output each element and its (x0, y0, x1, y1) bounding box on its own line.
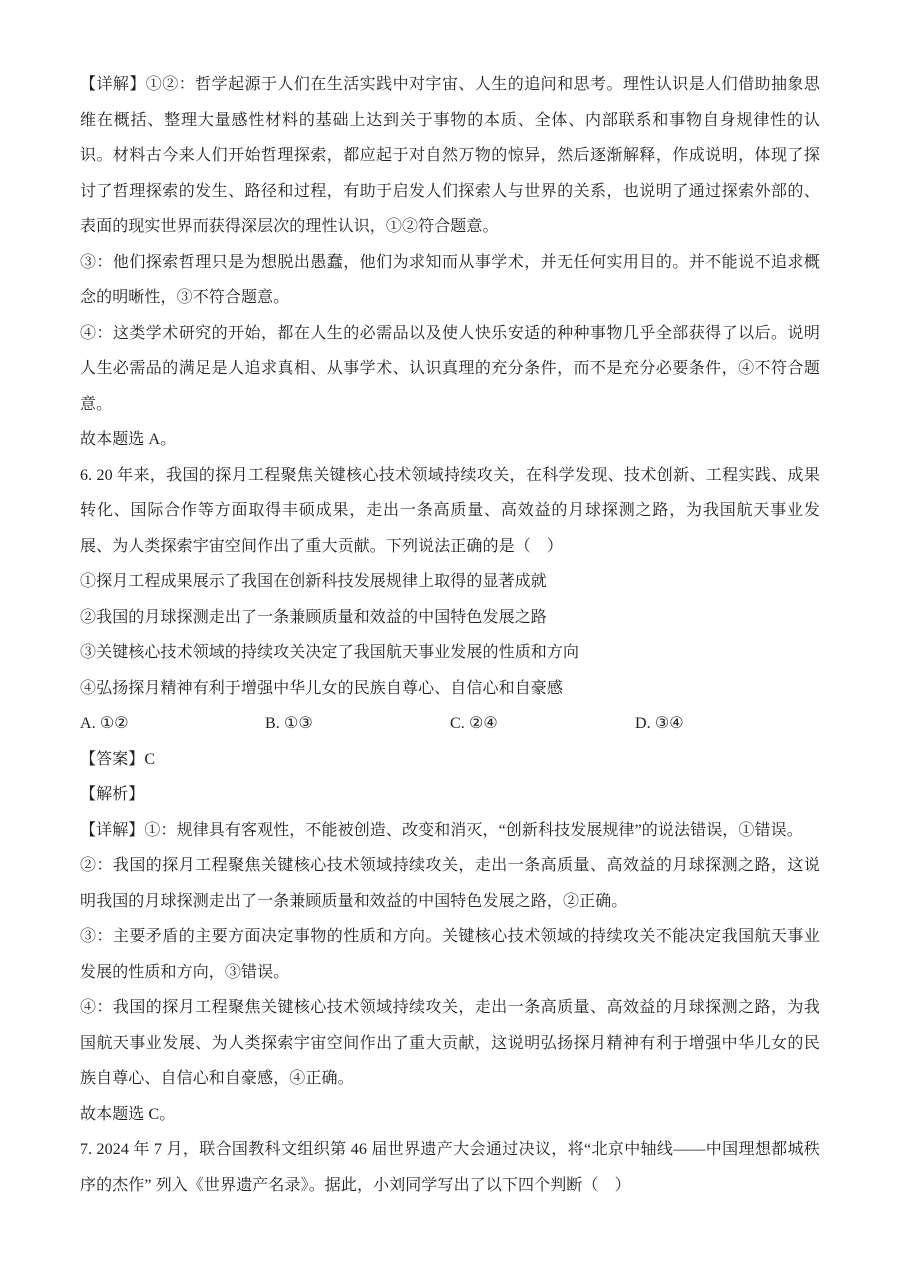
q6-detail-point2: ②：我国的探月工程聚焦关键核心技术领域持续攻关，走出一条高质量、高效益的月球探测… (80, 848, 820, 919)
q6-detail-point1: 【详解】①：规律具有客观性，不能被创造、改变和消灭，“创新科技发展规律”的说法错… (80, 813, 820, 849)
q5-point4-analysis: ④：这类学术研究的开始，都在人生的必需品以及使人快乐安适的种种事物几乎全部获得了… (80, 316, 820, 423)
q5-detail-explanation: 【详解】①②：哲学起源于人们在生活实践中对宇宙、人生的追问和思考。理性认识是人们… (80, 67, 820, 245)
q6-option-b: B. ①③ (265, 706, 450, 742)
question-6-stem: 6. 20 年来，我国的探月工程聚焦关键核心技术领域持续攻关，在科学发现、技术创… (80, 458, 820, 565)
q6-option-c: C. ②④ (450, 706, 635, 742)
q6-statement-3: ③关键核心技术领域的持续攻关决定了我国航天事业发展的性质和方向 (80, 635, 820, 671)
q6-conclusion: 故本题选 C。 (80, 1097, 820, 1133)
q6-option-a: A. ①② (80, 706, 265, 742)
q6-option-d: D. ③④ (635, 706, 820, 742)
q5-conclusion: 故本题选 A。 (80, 422, 820, 458)
q6-analysis-label: 【解析】 (80, 777, 820, 813)
document-page: 【详解】①②：哲学起源于人们在生活实践中对宇宙、人生的追问和思考。理性认识是人们… (0, 0, 900, 1273)
q6-detail-point3: ③：主要矛盾的主要方面决定事物的性质和方向。关键核心技术领域的持续攻关不能决定我… (80, 919, 820, 990)
q6-answer: 【答案】C (80, 742, 820, 778)
q6-detail-point4: ④：我国的探月工程聚焦关键核心技术领域持续攻关，走出一条高质量、高效益的月球探测… (80, 990, 820, 1097)
q6-statement-4: ④弘扬探月精神有利于增强中华儿女的民族自尊心、自信心和自豪感 (80, 671, 820, 707)
q6-options-row: A. ①② B. ①③ C. ②④ D. ③④ (80, 706, 820, 742)
question-7-stem: 7. 2024 年 7 月，联合国教科文组织第 46 届世界遗产大会通过决议，将… (80, 1132, 820, 1203)
q6-statement-1: ①探月工程成果展示了我国在创新科技发展规律上取得的显著成就 (80, 564, 820, 600)
q6-statement-2: ②我国的月球探测走出了一条兼顾质量和效益的中国特色发展之路 (80, 600, 820, 636)
q5-point3-analysis: ③：他们探索哲理只是为想脱出愚蠢，他们为求知而从事学术，并无任何实用目的。并不能… (80, 245, 820, 316)
